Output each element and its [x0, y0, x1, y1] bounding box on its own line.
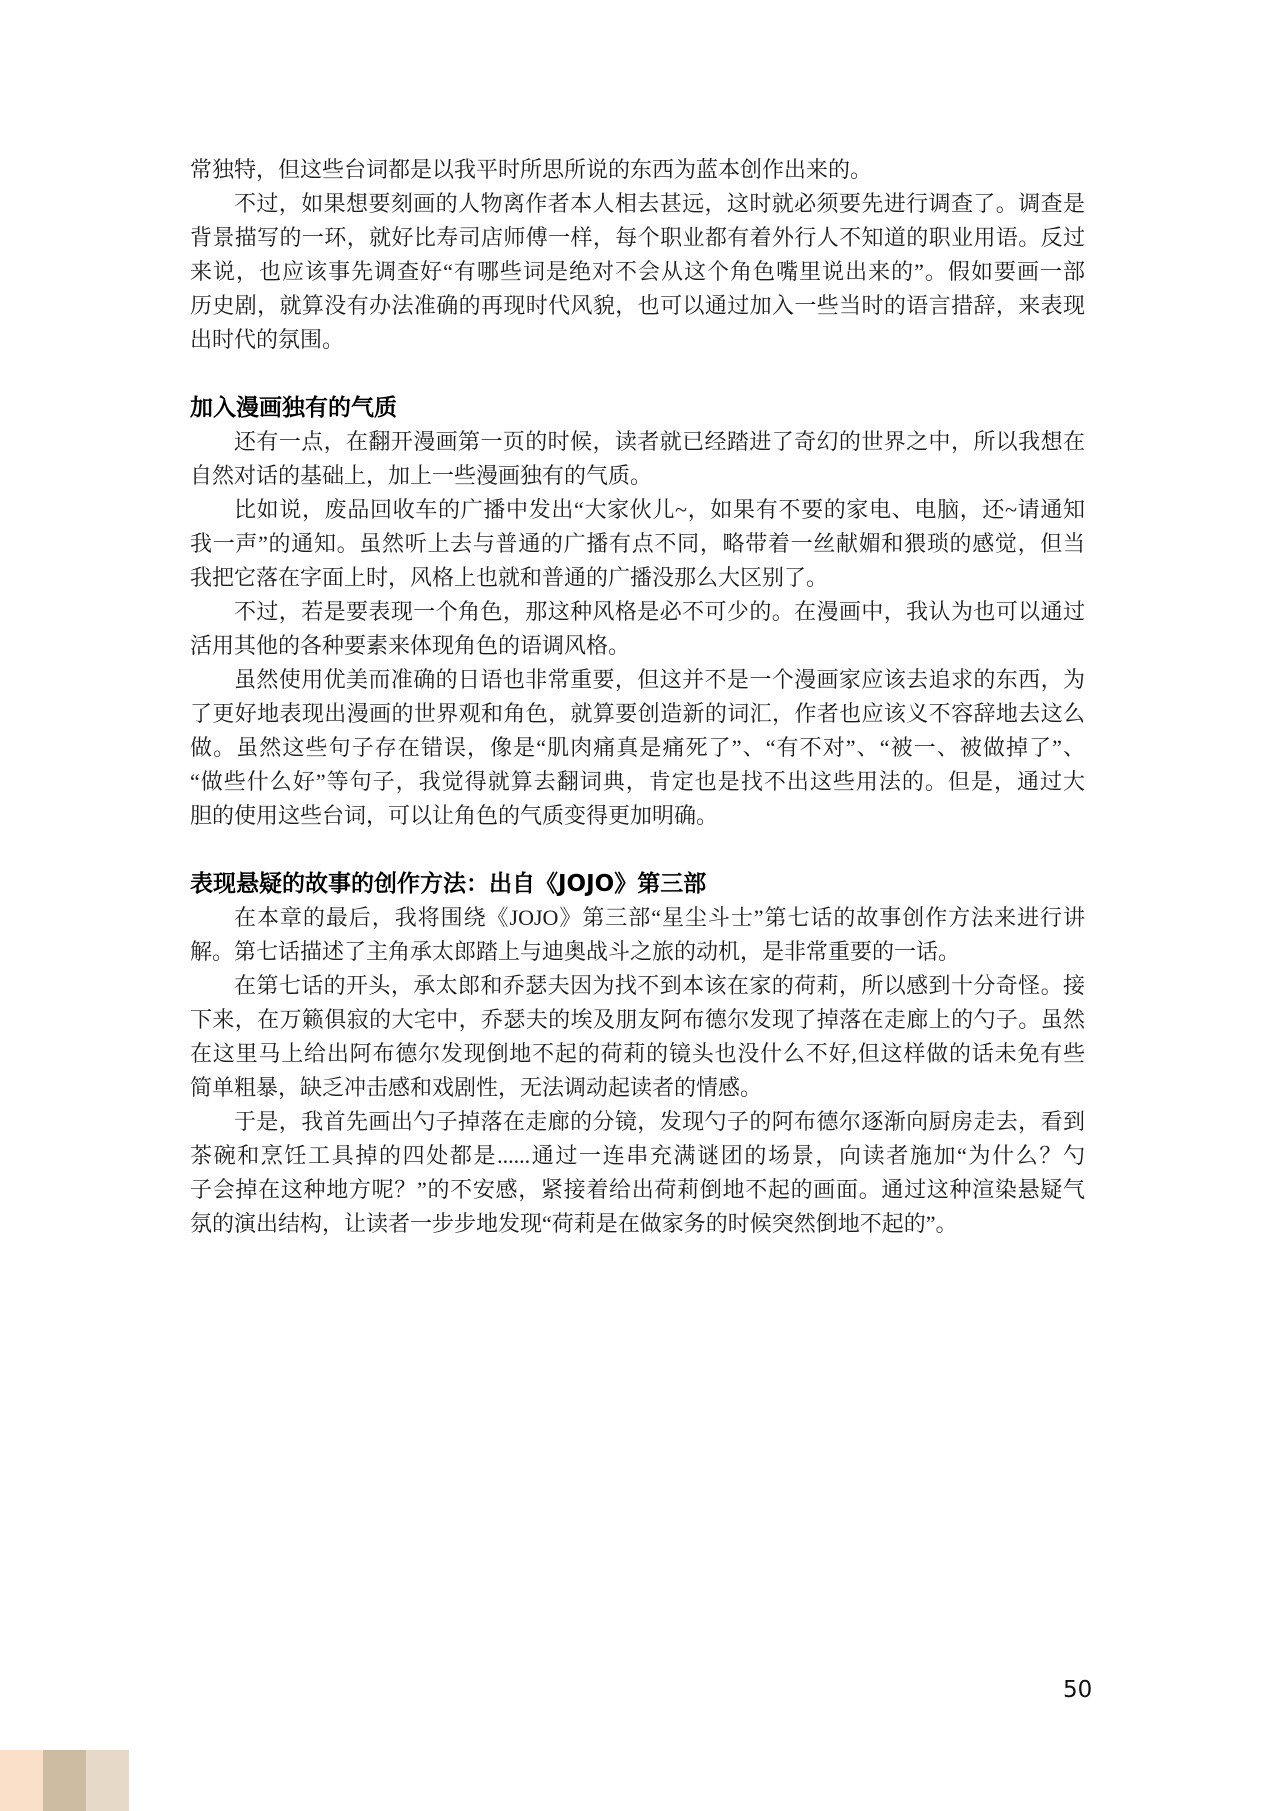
footer-color-square-peach — [0, 1750, 43, 1811]
body-text-line: 还有一点，在翻开漫画第一页的时候，读者就已经踏进了奇幻的世界之中，所以我想在 — [190, 425, 1085, 459]
section-heading: 加入漫画独有的气质 — [190, 391, 1085, 425]
body-text-line: 在这里马上给出阿布德尔发现倒地不起的荷莉的镜头也没什么不好,但这样做的话未免有些 — [190, 1037, 1085, 1071]
body-text-line: 解。第七话描述了主角承太郎踏上与迪奥战斗之旅的动机，是非常重要的一话。 — [190, 935, 1085, 969]
document-page: 常独特，但这些台词都是以我平时所思所说的东西为蓝本创作出来的。不过，如果想要刻画… — [0, 0, 1280, 1811]
body-text-line: 在本章的最后，我将围绕《JOJO》第三部“星尘斗士”第七话的故事创作方法来进行讲 — [190, 901, 1085, 935]
body-text-line: 胆的使用这些台词，可以让角色的气质变得更加明确。 — [190, 799, 1085, 833]
body-text-line: 不过，若是要表现一个角色，那这种风格是必不可少的。在漫画中，我认为也可以通过 — [190, 595, 1085, 629]
body-text-line: 子会掉在这种地方呢？”的不安感，紧接着给出荷莉倒地不起的画面。通过这种渲染悬疑气 — [190, 1173, 1085, 1207]
body-text-line: 了更好地表现出漫画的世界观和角色，就算要创造新的词汇，作者也应该义不容辞地去这么 — [190, 697, 1085, 731]
body-text-line: 虽然使用优美而准确的日语也非常重要，但这并不是一个漫画家应该去追求的东西，为 — [190, 663, 1085, 697]
body-text-line: “做些什么好”等句子，我觉得就算去翻词典，肯定也是找不出这些用法的。但是，通过大 — [190, 765, 1085, 799]
body-text-line: 来说，也应该事先调查好“有哪些词是绝对不会从这个角色嘴里说出来的”。假如要画一部 — [190, 255, 1085, 289]
body-text-line: 活用其他的各种要素来体现角色的语调风格。 — [190, 629, 1085, 663]
body-text-line: 我一声”的通知。虽然听上去与普通的广播有点不同，略带着一丝献媚和猥琐的感觉，但当 — [190, 527, 1085, 561]
body-text-line: 背景描写的一环，就好比寿司店师傅一样，每个职业都有着外行人不知道的职业用语。反过 — [190, 221, 1085, 255]
body-text-line: 于是，我首先画出勺子掉落在走廊的分镜，发现勺子的阿布德尔逐渐向厨房走去，看到 — [190, 1105, 1085, 1139]
body-text-line: 自然对话的基础上，加上一些漫画独有的气质。 — [190, 459, 1085, 493]
body-text-line: 茶碗和烹饪工具掉的四处都是......通过一连串充满谜团的场景，向读者施加“为什… — [190, 1139, 1085, 1173]
footer-color-square-beige — [86, 1750, 129, 1811]
body-text-line: 氛的演出结构，让读者一步步地发现“荷莉是在做家务的时候突然倒地不起的”。 — [190, 1207, 1085, 1241]
section-heading: 表现悬疑的故事的创作方法：出自《JOJO》第三部 — [190, 867, 1085, 901]
body-text-line: 出时代的氛围。 — [190, 323, 1085, 357]
page-number: 50 — [1063, 1677, 1092, 1703]
body-text-line: 比如说，废品回收车的广播中发出“大家伙儿~，如果有不要的家电、电脑，还~请通知 — [190, 493, 1085, 527]
body-text-line: 在第七话的开头，承太郎和乔瑟夫因为找不到本该在家的荷莉，所以感到十分奇怪。接 — [190, 969, 1085, 1003]
footer-color-squares — [0, 1750, 129, 1811]
body-text-line: 简单粗暴，缺乏冲击感和戏剧性，无法调动起读者的情感。 — [190, 1071, 1085, 1105]
body-text-line: 历史剧，就算没有办法准确的再现时代风貌，也可以通过加入一些当时的语言措辞，来表现 — [190, 289, 1085, 323]
body-text-line: 不过，如果想要刻画的人物离作者本人相去甚远，这时就必须要先进行调查了。调查是 — [190, 187, 1085, 221]
body-text-line: 常独特，但这些台词都是以我平时所思所说的东西为蓝本创作出来的。 — [190, 153, 1085, 187]
page-body-text: 常独特，但这些台词都是以我平时所思所说的东西为蓝本创作出来的。不过，如果想要刻画… — [190, 153, 1085, 1241]
body-text-line: 下来，在万籁俱寂的大宅中，乔瑟夫的埃及朋友阿布德尔发现了掉落在走廊上的勺子。虽然 — [190, 1003, 1085, 1037]
footer-color-square-tan — [43, 1750, 86, 1811]
body-text-line: 我把它落在字面上时，风格上也就和普通的广播没那么大区别了。 — [190, 561, 1085, 595]
body-text-line: 做。虽然这些句子存在错误，像是“肌肉痛真是痛死了”、“有不对”、“被一、被做掉了… — [190, 731, 1085, 765]
